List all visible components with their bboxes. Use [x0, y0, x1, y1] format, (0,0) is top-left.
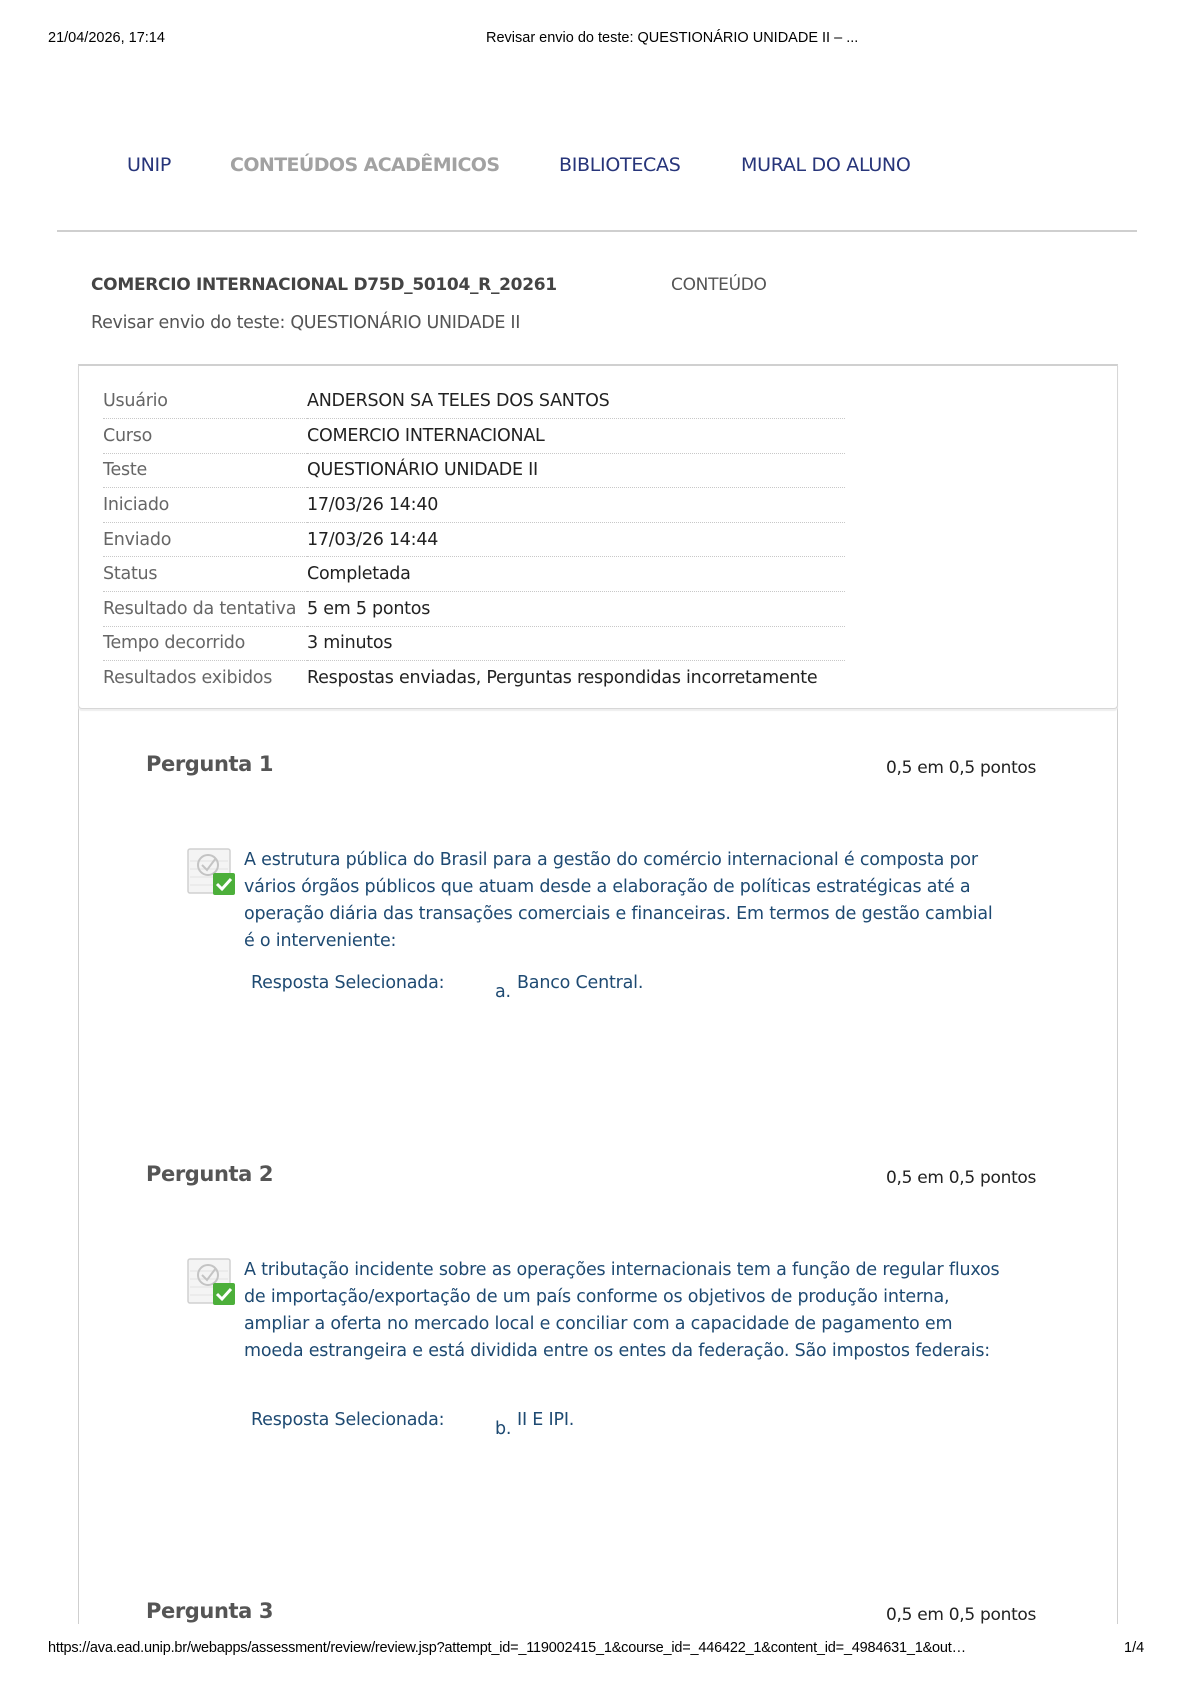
page-number: 1/4 — [1124, 1640, 1144, 1656]
summary-label: Enviado — [103, 522, 307, 557]
question-text: A estrutura pública do Brasil para a ges… — [244, 847, 1004, 955]
answer-value: II E IPI. — [517, 1410, 574, 1430]
summary-row: Tempo decorrido3 minutos — [103, 626, 845, 661]
summary-value: 5 em 5 pontos — [307, 592, 845, 627]
summary-value: Respostas enviadas, Perguntas respondida… — [307, 661, 845, 696]
summary-label: Curso — [103, 419, 307, 454]
summary-value: 17/03/26 14:40 — [307, 488, 845, 523]
nav-item-mural-do-aluno[interactable]: MURAL DO ALUNO — [741, 154, 911, 176]
summary-value: ANDERSON SA TELES DOS SANTOS — [307, 384, 845, 419]
page-url: https://ava.ead.unip.br/webapps/assessme… — [48, 1640, 966, 1656]
breadcrumb-course[interactable]: COMERCIO INTERNACIONAL D75D_50104_R_2026… — [91, 275, 557, 295]
answer-letter: a. — [495, 982, 511, 1002]
summary-row: TesteQUESTIONÁRIO UNIDADE II — [103, 453, 845, 488]
summary-row: Iniciado17/03/26 14:40 — [103, 488, 845, 523]
summary-value: Completada — [307, 557, 845, 592]
summary-label: Resultado da tentativa — [103, 592, 307, 627]
question-points: 0,5 em 0,5 pontos — [886, 1605, 1036, 1625]
nav-divider — [57, 230, 1137, 232]
question-title: Pergunta 3 — [146, 1599, 273, 1623]
answer-label: Resposta Selecionada: — [251, 973, 444, 993]
nav-item-bibliotecas[interactable]: BIBLIOTECAS — [559, 154, 680, 176]
summary-table: UsuárioANDERSON SA TELES DOS SANTOSCurso… — [103, 384, 845, 695]
print-datetime: 21/04/2026, 17:14 — [48, 30, 165, 46]
summary-value: COMERCIO INTERNACIONAL — [307, 419, 845, 454]
nav-item-conteudos-academicos[interactable]: CONTEÚDOS ACADÊMICOS — [230, 154, 499, 176]
attempt-summary: UsuárioANDERSON SA TELES DOS SANTOSCurso… — [78, 364, 1118, 709]
summary-row: Enviado17/03/26 14:44 — [103, 522, 845, 557]
summary-value: 3 minutos — [307, 626, 845, 661]
summary-row: UsuárioANDERSON SA TELES DOS SANTOS — [103, 384, 845, 419]
question-points: 0,5 em 0,5 pontos — [886, 1168, 1036, 1188]
correct-check-icon — [186, 847, 238, 897]
correct-check-icon — [186, 1257, 238, 1307]
summary-label: Resultados exibidos — [103, 661, 307, 696]
summary-row: Resultado da tentativa5 em 5 pontos — [103, 592, 845, 627]
answer-value: Banco Central. — [517, 973, 643, 993]
summary-row: CursoCOMERCIO INTERNACIONAL — [103, 419, 845, 454]
question-text: A tributação incidente sobre as operaçõe… — [244, 1257, 1004, 1365]
answer-letter: b. — [495, 1419, 511, 1439]
page-title: Revisar envio do teste: QUESTIONÁRIO UNI… — [91, 313, 520, 333]
summary-label: Tempo decorrido — [103, 626, 307, 661]
summary-value: QUESTIONÁRIO UNIDADE II — [307, 453, 845, 488]
summary-row: Resultados exibidosRespostas enviadas, P… — [103, 661, 845, 696]
summary-label: Usuário — [103, 384, 307, 419]
breadcrumb-section[interactable]: CONTEÚDO — [671, 275, 767, 295]
nav-item-unip[interactable]: UNIP — [127, 154, 171, 176]
question-title: Pergunta 2 — [146, 1162, 273, 1186]
question-title: Pergunta 1 — [146, 752, 273, 776]
summary-label: Teste — [103, 453, 307, 488]
print-header: 21/04/2026, 17:14 Revisar envio do teste… — [0, 30, 1192, 50]
summary-value: 17/03/26 14:44 — [307, 522, 845, 557]
summary-label: Iniciado — [103, 488, 307, 523]
summary-label: Status — [103, 557, 307, 592]
top-navigation: UNIP CONTEÚDOS ACADÊMICOS BIBLIOTECAS MU… — [0, 154, 1192, 184]
question-points: 0,5 em 0,5 pontos — [886, 758, 1036, 778]
answer-label: Resposta Selecionada: — [251, 1410, 444, 1430]
summary-row: StatusCompletada — [103, 557, 845, 592]
print-page-title: Revisar envio do teste: QUESTIONÁRIO UNI… — [486, 30, 858, 46]
